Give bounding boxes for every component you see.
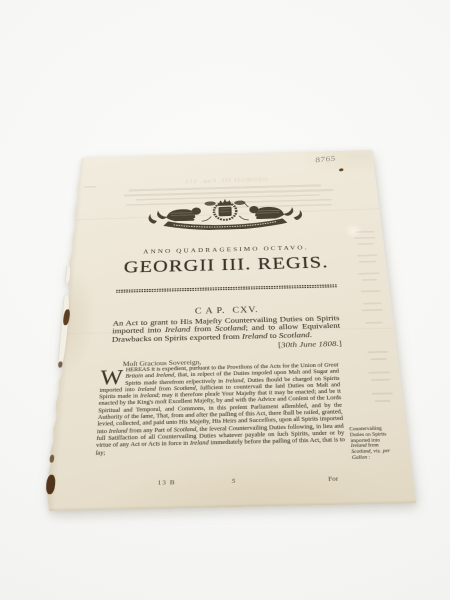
show-through-line <box>361 290 381 292</box>
document-sheet-wrapper: GEORGII III. Cap. 115. 8765 <box>0 0 450 600</box>
show-through-line <box>367 351 388 353</box>
show-through-line <box>83 186 96 188</box>
page-foot-line: 13 B 5 For <box>48 474 413 482</box>
show-through-line <box>374 400 390 402</box>
handwritten-number: 8765 <box>315 155 337 164</box>
show-through-line <box>372 392 393 395</box>
show-through-line <box>355 231 374 233</box>
foxing-spot <box>338 168 344 172</box>
margin-note: Countervailing Duties on Spirits importe… <box>349 426 398 461</box>
show-through-heading: GEORGII III. Cap. 115. <box>74 173 375 187</box>
ornamental-rule <box>116 284 338 293</box>
document-sheet: GEORGII III. Cap. 115. 8765 <box>45 150 416 511</box>
show-through-line <box>365 322 382 324</box>
signature-mark: 13 B <box>158 479 176 487</box>
printed-page: GEORGII III. Cap. 115. 8765 <box>45 150 416 511</box>
photo-background: GEORGII III. Cap. 115. 8765 <box>0 0 450 600</box>
catchword: For <box>328 476 338 483</box>
show-through-line <box>370 358 387 360</box>
show-through-line <box>368 371 390 373</box>
show-through-line <box>371 379 390 381</box>
preamble-text: HEREAS it is expedient, purſuant to the … <box>95 363 345 457</box>
act-preamble: WHEREAS it is expedient, purſuant to the… <box>95 363 346 458</box>
drop-cap: W <box>100 368 126 387</box>
show-through-line <box>362 279 378 281</box>
royal-coat-of-arms-engraving <box>145 194 305 232</box>
show-through-line <box>358 272 380 274</box>
page-number: 5 <box>232 478 236 485</box>
show-through-line <box>354 237 375 239</box>
act-title-block: An Act to grant to His Majeſty Counterva… <box>111 314 342 353</box>
